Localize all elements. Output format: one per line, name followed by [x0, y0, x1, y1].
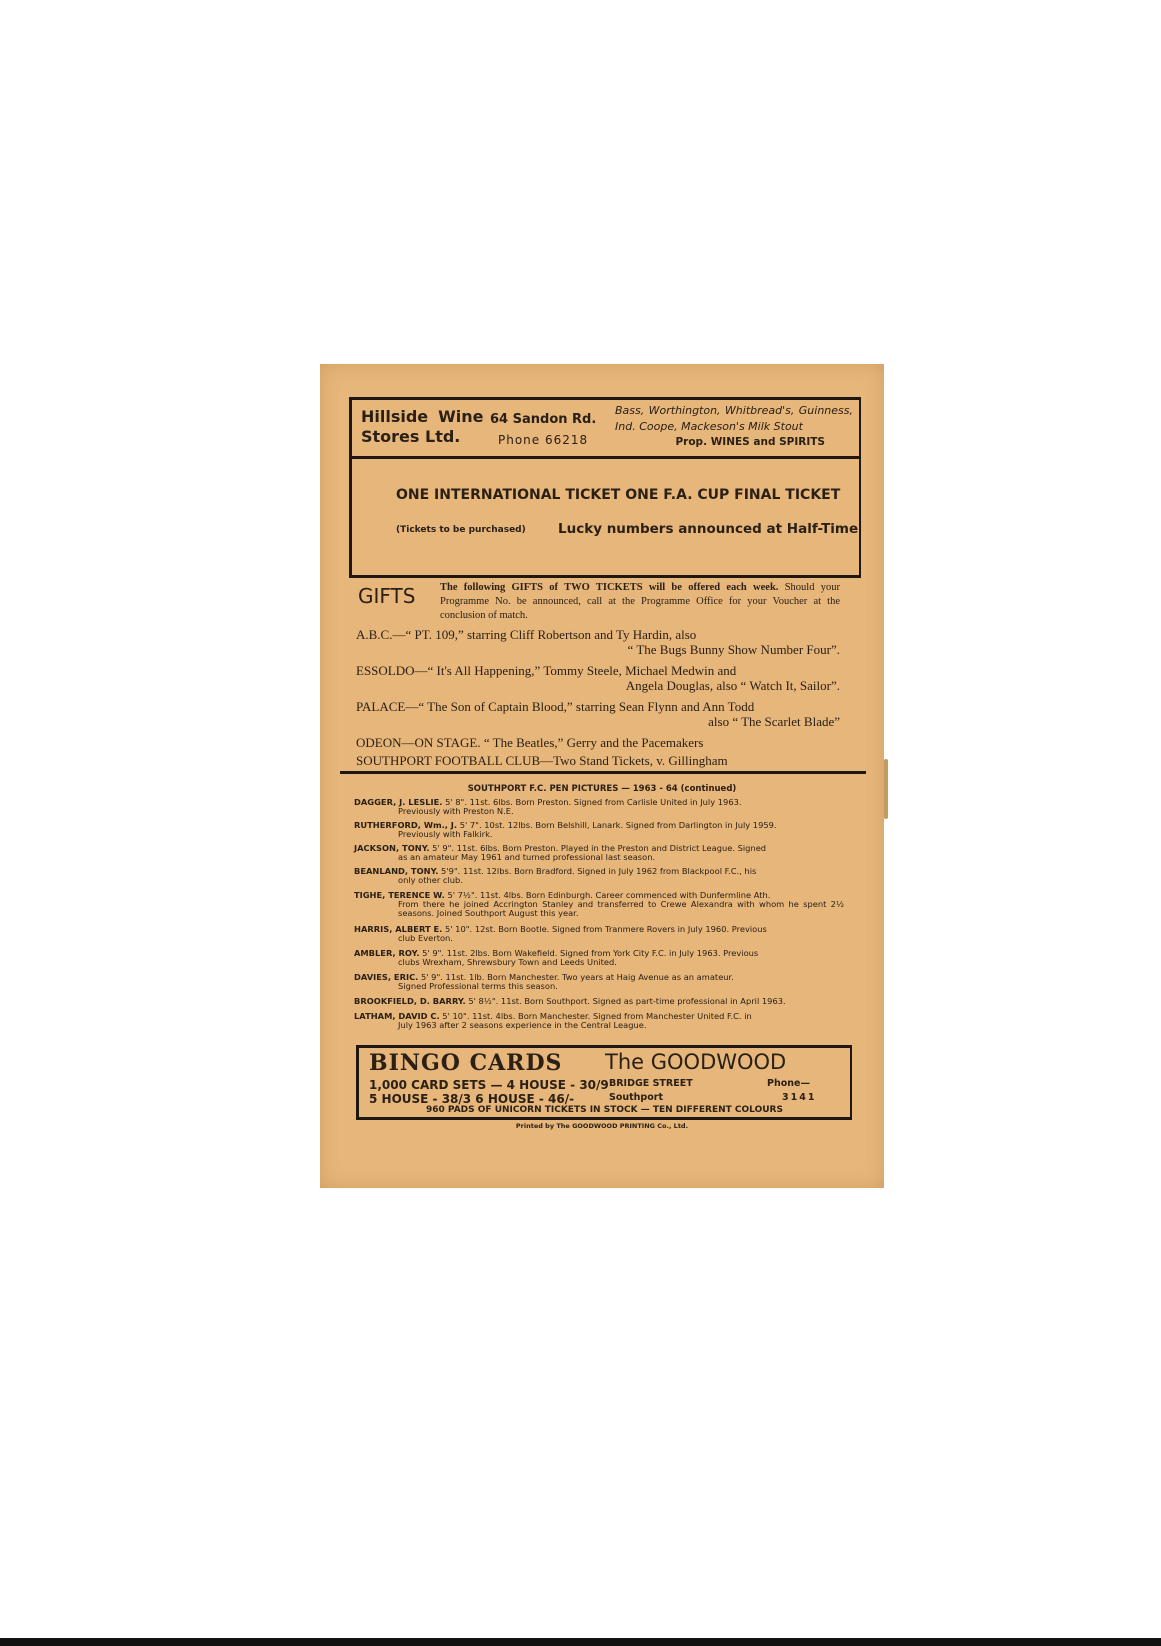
draw-lucky-numbers: Lucky numbers announced at Half-Time: [558, 521, 858, 537]
hillside-brands: Bass, Worthington, Whitbread's, Guinness…: [615, 403, 853, 435]
bingo-prices-line2: 5 HOUSE - 38/3 6 HOUSE - 46/-: [369, 1092, 574, 1106]
pen-pictures-title: SOUTHPORT F.C. PEN PICTURES — 1963 - 64 …: [320, 784, 884, 794]
player-entry: DAGGER, J. LESLIE. 5' 8". 11st. 6lbs. Bo…: [354, 798, 844, 816]
section-divider: [340, 771, 866, 774]
bingo-cards-heading: BINGO CARDS: [369, 1050, 562, 1076]
ticket-draw-box: ONE INTERNATIONAL TICKET ONE F.A. CUP FI…: [349, 456, 861, 578]
player-details-continued: Previously with Falkirk.: [354, 830, 844, 839]
programme-page: HillsideWine Stores Ltd. 64 Sandon Rd. P…: [320, 364, 884, 1188]
player-entry: HARRIS, ALBERT E. 5' 10". 12st. Born Boo…: [354, 925, 844, 943]
gift-item: PALACE—“ The Son of Captain Blood,” star…: [356, 699, 840, 729]
goodwood-phone-number: 3141: [782, 1092, 816, 1103]
hillside-advert: HillsideWine Stores Ltd. 64 Sandon Rd. P…: [349, 397, 861, 459]
printer-credit: Printed by The GOODWOOD PRINTING Co., Lt…: [320, 1122, 884, 1130]
player-details-continued: Previously with Preston N.E.: [354, 807, 844, 816]
gifts-intro: The following GIFTS of TWO TICKETS will …: [440, 581, 840, 623]
page-edge-mark: [884, 759, 888, 819]
player-details: 5' 8½". 11st. Born Southport. Signed as …: [468, 996, 785, 1006]
player-details-continued: Signed Professional terms this season.: [354, 982, 844, 991]
player-entry: AMBLER, ROY. 5' 9". 11st. 2lbs. Born Wak…: [354, 949, 844, 967]
player-details-continued: only other club.: [354, 876, 844, 885]
gift-item: ODEON—ON STAGE. “ The Beatles,” Gerry an…: [356, 735, 840, 750]
goodwood-street: BRIDGE STREET: [609, 1078, 693, 1089]
player-details: 5' 10". 12st. Born Bootle. Signed from T…: [445, 924, 767, 934]
player-entry: DAVIES, ERIC. 5' 9". 11st. 1lb. Born Man…: [354, 973, 844, 991]
hillside-address: 64 Sandon Rd.: [490, 412, 596, 427]
player-details-continued: as an amateur May 1961 and turned profes…: [354, 853, 844, 862]
player-entry: BEANLAND, TONY. 5'9". 11st. 12lbs. Born …: [354, 867, 844, 885]
hillside-name: HillsideWine Stores Ltd.: [361, 407, 484, 447]
gift-item: SOUTHPORT FOOTBALL CLUB—Two Stand Ticket…: [356, 753, 840, 768]
draw-purchased-note: (Tickets to be purchased): [396, 525, 526, 535]
player-entry: LATHAM, DAVID C. 5' 10". 11st. 4lbs. Bor…: [354, 1012, 844, 1030]
gift-item: A.B.C.—“ PT. 109,” starring Cliff Robert…: [356, 627, 840, 657]
player-details-continued: clubs Wrexham, Shrewsbury Town and Leeds…: [354, 958, 844, 967]
gifts-heading: GIFTS: [358, 584, 415, 608]
player-details: 5'9". 11st. 12lbs. Born Bradford. Signed…: [441, 866, 756, 876]
player-details-continued: From there he joined Accrington Stanley …: [354, 900, 844, 918]
hillside-phone: Phone 66218: [498, 433, 588, 447]
player-name: BROOKFIELD, D. BARRY.: [354, 996, 466, 1006]
scan-bottom-edge: [0, 1638, 1161, 1646]
player-entry: TIGHE, TERENCE W. 5' 7½". 11st. 4lbs. Bo…: [354, 891, 844, 918]
unicorn-pads-note: 960 PADS OF UNICORN TICKETS IN STOCK — T…: [359, 1105, 850, 1115]
gift-item: ESSOLDO—“ It's All Happening,” Tommy Ste…: [356, 663, 840, 693]
player-details: 5' 7". 10st. 12lbs. Born Belshill, Lanar…: [460, 820, 777, 830]
player-entry: BROOKFIELD, D. BARRY. 5' 8½". 11st. Born…: [354, 997, 844, 1006]
goodwood-advert: BINGO CARDS The GOODWOOD 1,000 CARD SETS…: [356, 1045, 852, 1120]
player-entry: JACKSON, TONY. 5' 9". 11st. 6lbs. Born P…: [354, 844, 844, 862]
player-details-continued: club Everton.: [354, 934, 844, 943]
goodwood-name: The GOODWOOD: [605, 1050, 786, 1074]
player-entry: RUTHERFORD, Wm., J. 5' 7". 10st. 12lbs. …: [354, 821, 844, 839]
goodwood-town: Southport: [609, 1092, 663, 1103]
hillside-prop: Prop. WINES and SPIRITS: [675, 436, 825, 448]
draw-tickets: ONE INTERNATIONAL TICKET ONE F.A. CUP FI…: [396, 487, 840, 503]
goodwood-phone-label: Phone—: [767, 1078, 810, 1089]
player-details-continued: July 1963 after 2 seasons experience in …: [354, 1021, 844, 1030]
bingo-prices-line1: 1,000 CARD SETS — 4 HOUSE - 30/9: [369, 1078, 609, 1092]
